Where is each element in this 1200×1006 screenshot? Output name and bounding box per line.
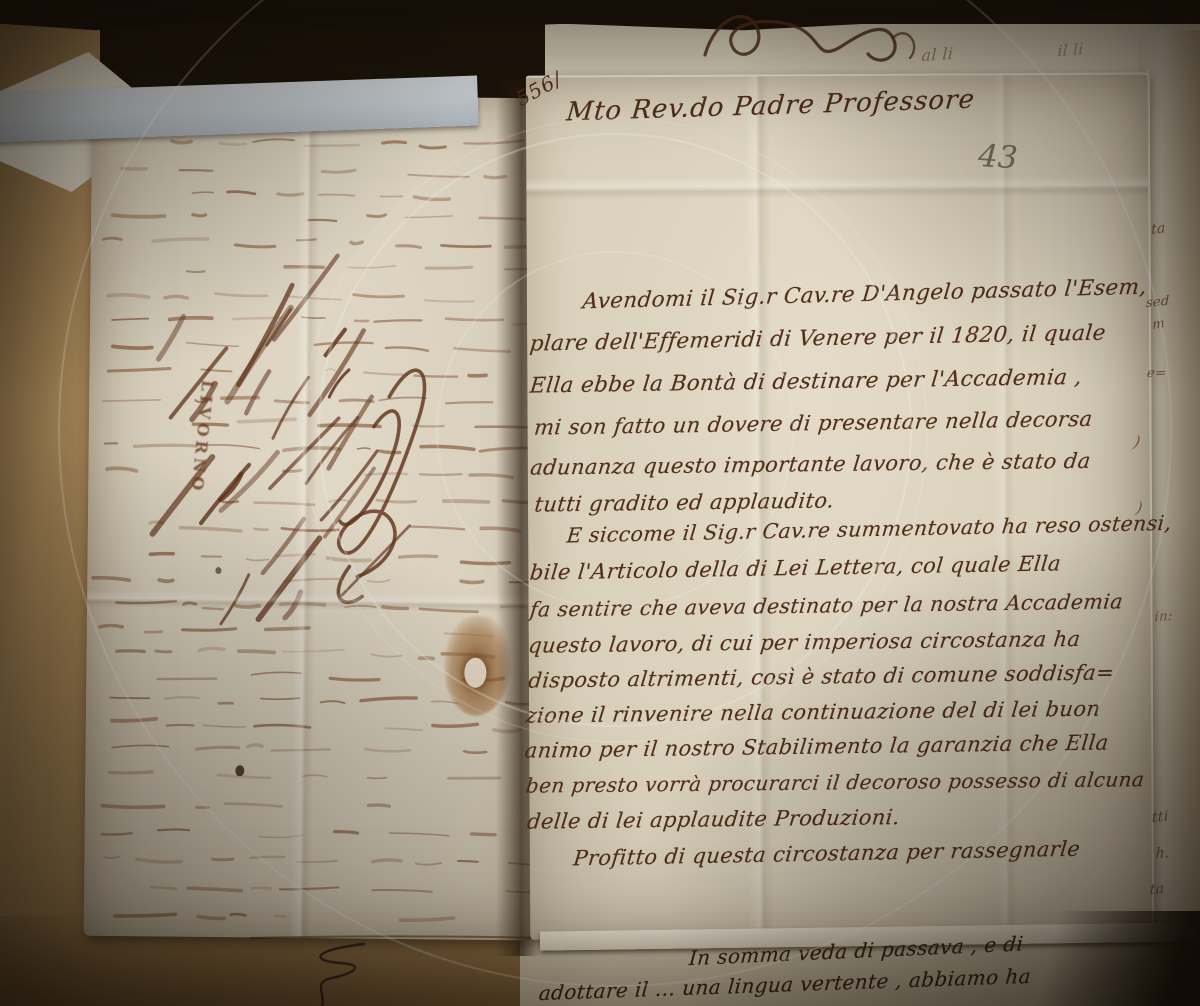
manuscript-line: delle di lei applaudite Produzioni. [526, 805, 901, 834]
postmark-stamp: LIVORNO [187, 379, 217, 495]
pencil-folio-number: 43 [977, 138, 1019, 176]
manuscript-line: fa sentire che aveva destinato per la no… [529, 589, 1124, 621]
letter-body: Avendomi il Sig.r Cav.re D'Angelo passat… [526, 74, 1153, 939]
fold-crease [992, 75, 1019, 937]
fold-crease [290, 96, 321, 938]
manuscript-line: Avendomi il Sig.r Cav.re D'Angelo passat… [581, 275, 1147, 315]
manuscript-line: ben presto vorrà procurarci il decoroso … [525, 767, 1146, 798]
manuscript-line: tutti gradito ed applaudito. [533, 488, 835, 516]
ink-spot [215, 567, 221, 574]
manuscript-line: bile l'Articolo della di Lei Lettera, co… [529, 551, 1063, 584]
manuscript-line: plare dell'Effemeridi di Venere per il 1… [528, 321, 1107, 357]
manuscript-line: disposto altrimenti, così è stato di com… [527, 660, 1115, 692]
fold-crease [526, 174, 1148, 199]
letter-salutation: Mto Rev.do Padre Professore [565, 85, 976, 128]
corner-shadow [950, 911, 1200, 1006]
manuscript-line: animo per il nostro Stabilimento la gara… [524, 730, 1110, 762]
ink-spot [235, 765, 244, 776]
left-page: LIVORNO [84, 94, 540, 941]
right-page-letter: 556/ Mto Rev.do Padre Professore 43 Aven… [526, 72, 1155, 939]
fold-crease [87, 590, 534, 613]
manuscript-line: E siccome il Sig.r Cav.re summentovato h… [566, 511, 1173, 548]
registry-number: 556/ [512, 67, 566, 111]
fold-crease [744, 76, 775, 938]
manuscript-photo: LIVORNO 556/ Mto Rev.do Padre Professore… [0, 0, 1200, 1006]
